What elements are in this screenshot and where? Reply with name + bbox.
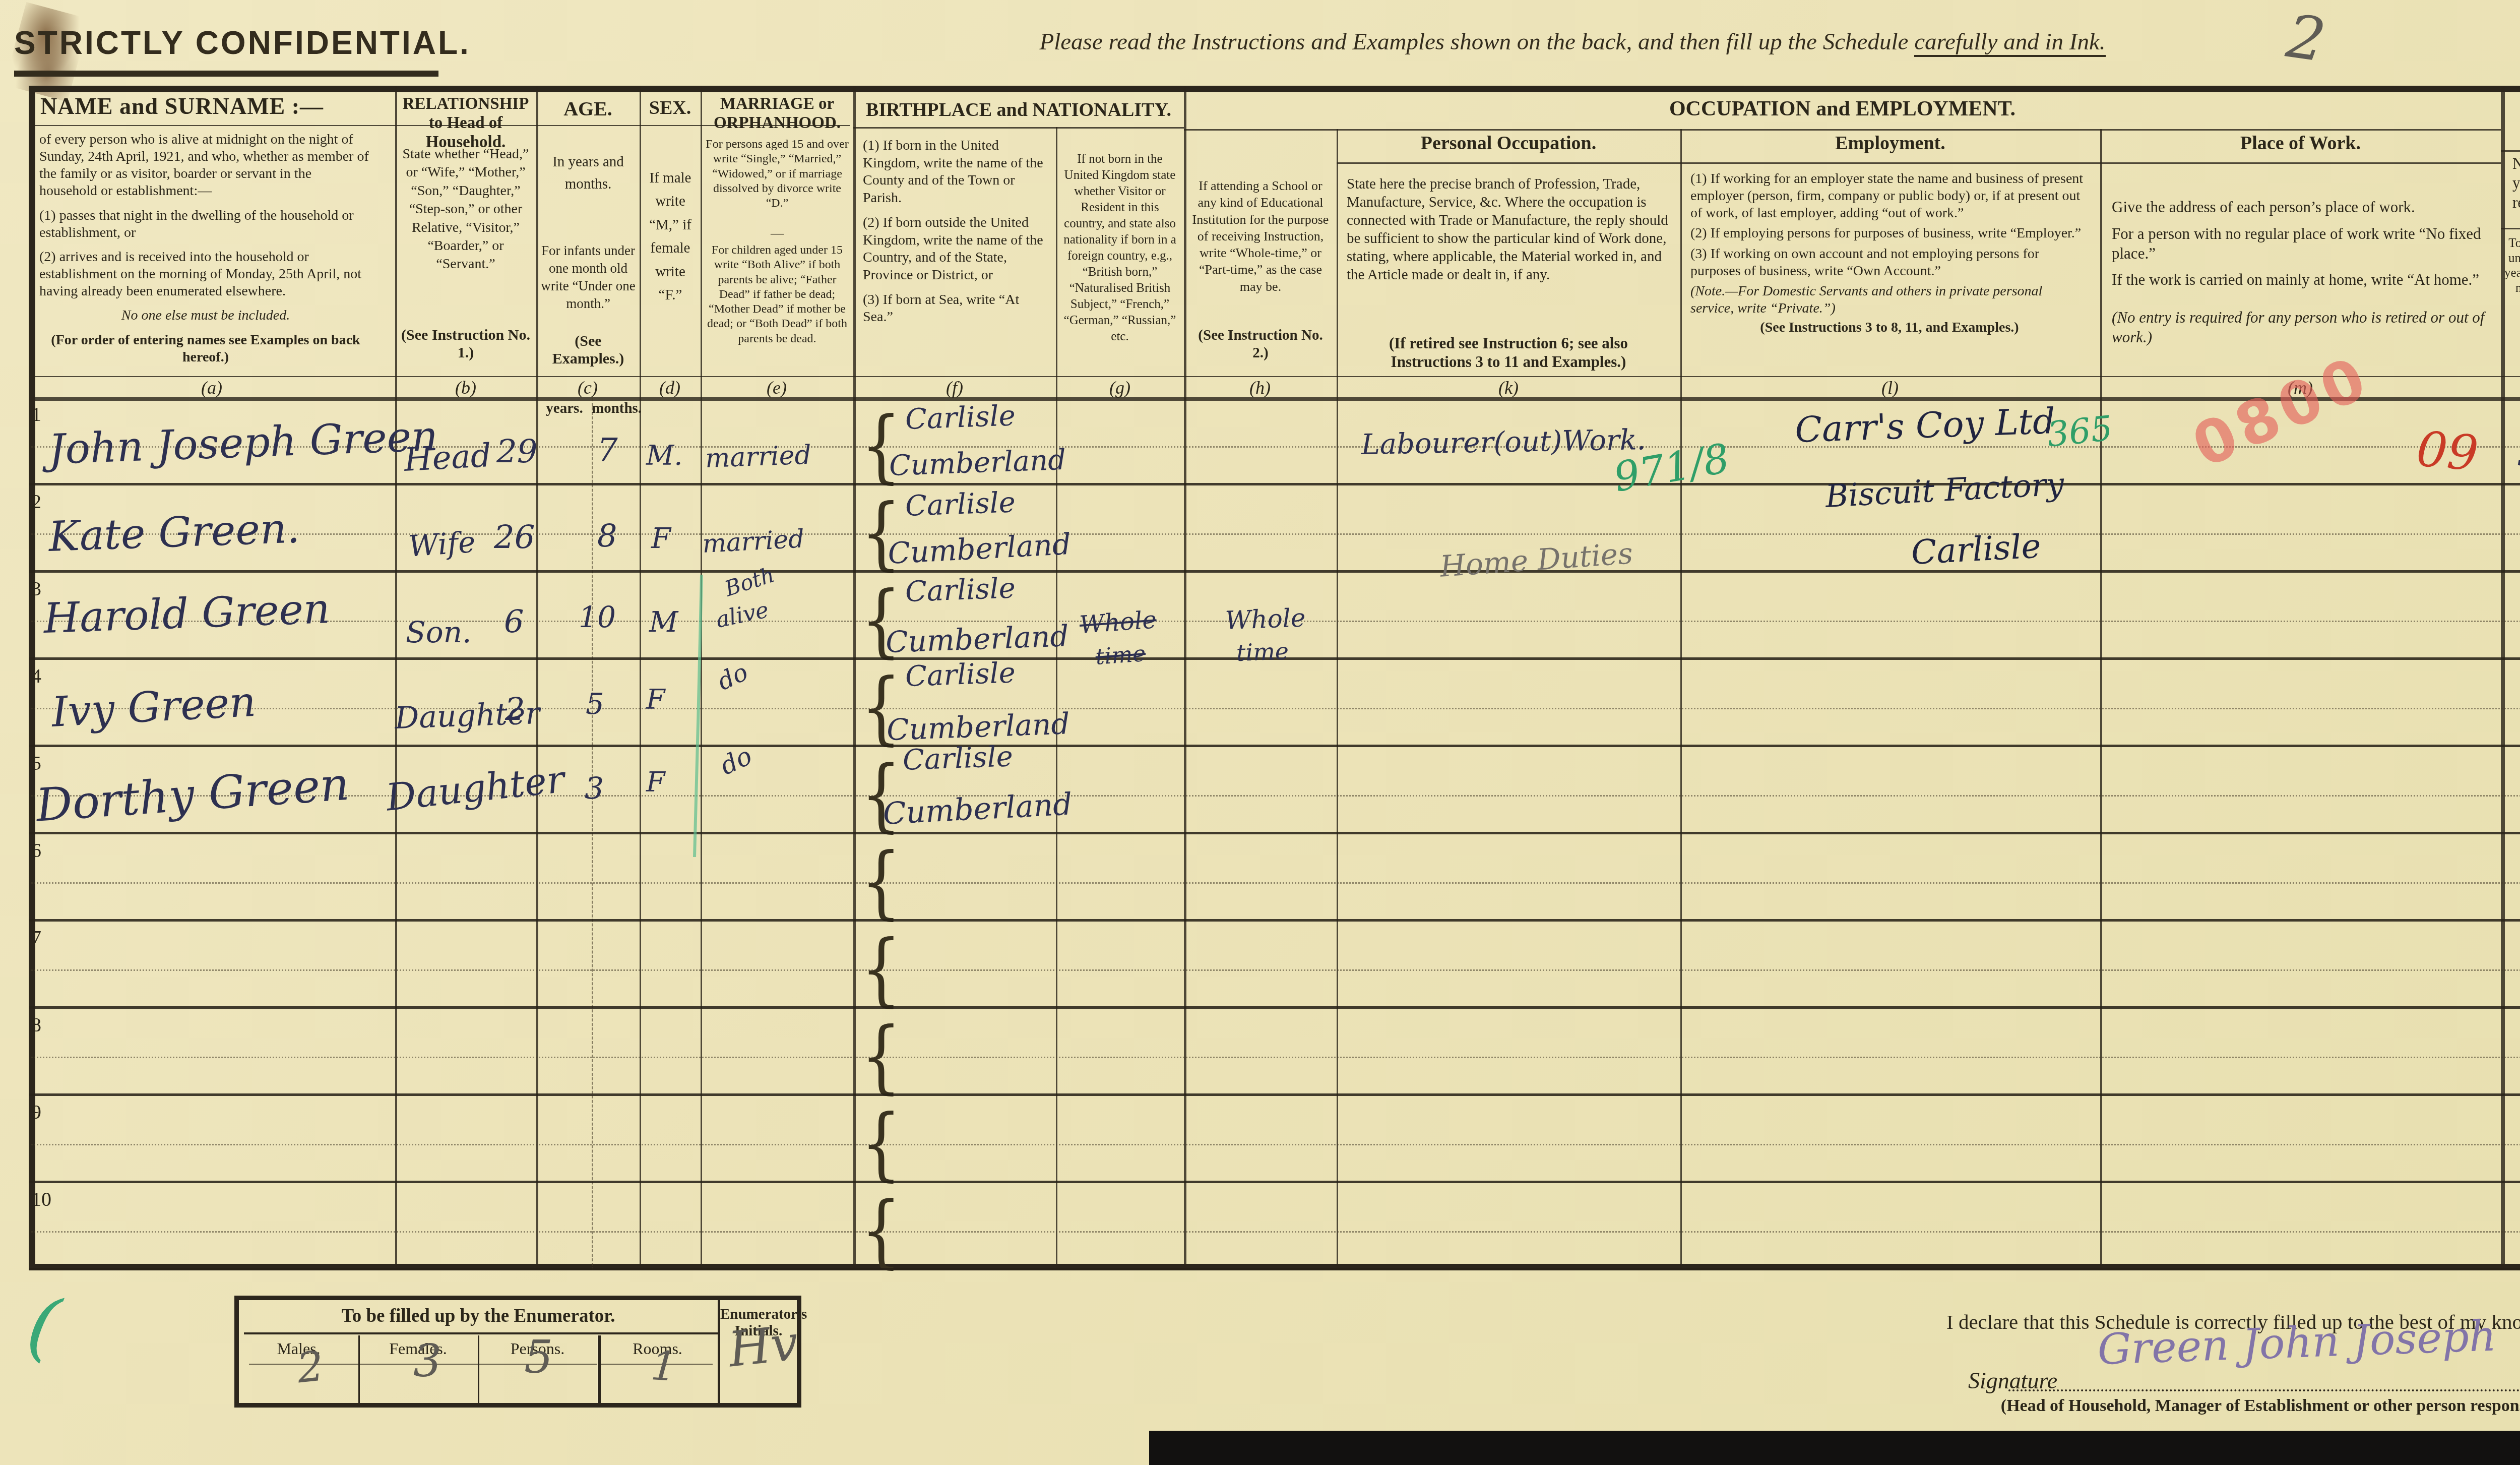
row4-sex: F	[646, 684, 665, 715]
row2-relationship: Wife	[407, 525, 476, 564]
row3-birthplace-town: Carlisle	[905, 572, 1016, 608]
row2-sex: F	[651, 522, 671, 555]
persons-count: 5	[524, 1331, 553, 1384]
row3-nationality-scribble-2: time	[1095, 641, 1147, 670]
totals-vline-3	[597, 1335, 601, 1403]
row3-school-line2: time	[1236, 637, 1289, 666]
row2-marriage: married	[702, 524, 805, 559]
row3-nationality-scribble-1: Whole	[1079, 605, 1157, 639]
row1-occupation: Labourer(out)Work.	[1361, 423, 1646, 461]
row5-age-months: 3	[585, 771, 604, 807]
enumerator-initials: Hv	[726, 1315, 801, 1378]
row3-school-line1: Whole	[1225, 603, 1306, 635]
totals-vline-1	[358, 1335, 360, 1403]
row2-birthplace-town: Carlisle	[905, 486, 1016, 523]
males-count: 2	[295, 1342, 326, 1393]
row1-green-number: 365	[2045, 408, 2114, 455]
row4-birthplace-town: Carlisle	[905, 656, 1016, 693]
totals-vline-2	[478, 1335, 479, 1403]
totals-box-divider	[244, 1332, 718, 1334]
row1-marriage: married	[705, 440, 812, 474]
row3-sex: M	[649, 606, 678, 639]
rooms-count: 1	[650, 1342, 678, 1390]
row2-name: Kate Green.	[48, 505, 300, 561]
row1-stamp-09: 09	[2414, 420, 2480, 482]
row3-name: Harold Green	[43, 585, 331, 643]
row1-employer-line3: Carlisle	[1910, 527, 2042, 572]
row5-sex: F	[646, 766, 665, 798]
row3-relationship: Son.	[406, 615, 471, 649]
row2-age-months: 8	[597, 517, 617, 554]
census-schedule-1921: STRICTLY CONFIDENTIAL. Please read the I…	[0, 0, 2520, 1465]
row5-birthplace-town: Carlisle	[902, 740, 1014, 777]
green-vertical-stroke	[695, 575, 702, 857]
row3-age-years: 6	[504, 603, 524, 640]
green-check-strokes	[0, 0, 2520, 1465]
scan-black-edge-bottom	[1149, 1431, 2520, 1465]
row2-age-years: 26	[494, 519, 535, 557]
females-count: 3	[413, 1335, 442, 1387]
row1-age-months: 7	[597, 432, 618, 469]
row1-birthplace-county: Cumberland	[889, 444, 1066, 482]
row3-birthplace-county: Cumberland	[885, 619, 1069, 659]
totals-box-title: To be filled up by the Enumerator.	[239, 1305, 718, 1327]
row1-relationship: Head	[403, 437, 492, 479]
signature-note: (Head of Household, Manager of Establish…	[1956, 1396, 2520, 1416]
row1-children-total: 3	[2517, 435, 2520, 474]
row1-birthplace-town: Carlisle	[905, 399, 1016, 436]
row4-age-months: 5	[586, 687, 604, 721]
row4-age-years: 2	[505, 691, 525, 727]
row1-age-years: 29	[496, 434, 537, 471]
signature-line	[2008, 1373, 2520, 1391]
row3-age-months: 10	[579, 600, 616, 634]
row1-sex: M.	[646, 440, 682, 471]
